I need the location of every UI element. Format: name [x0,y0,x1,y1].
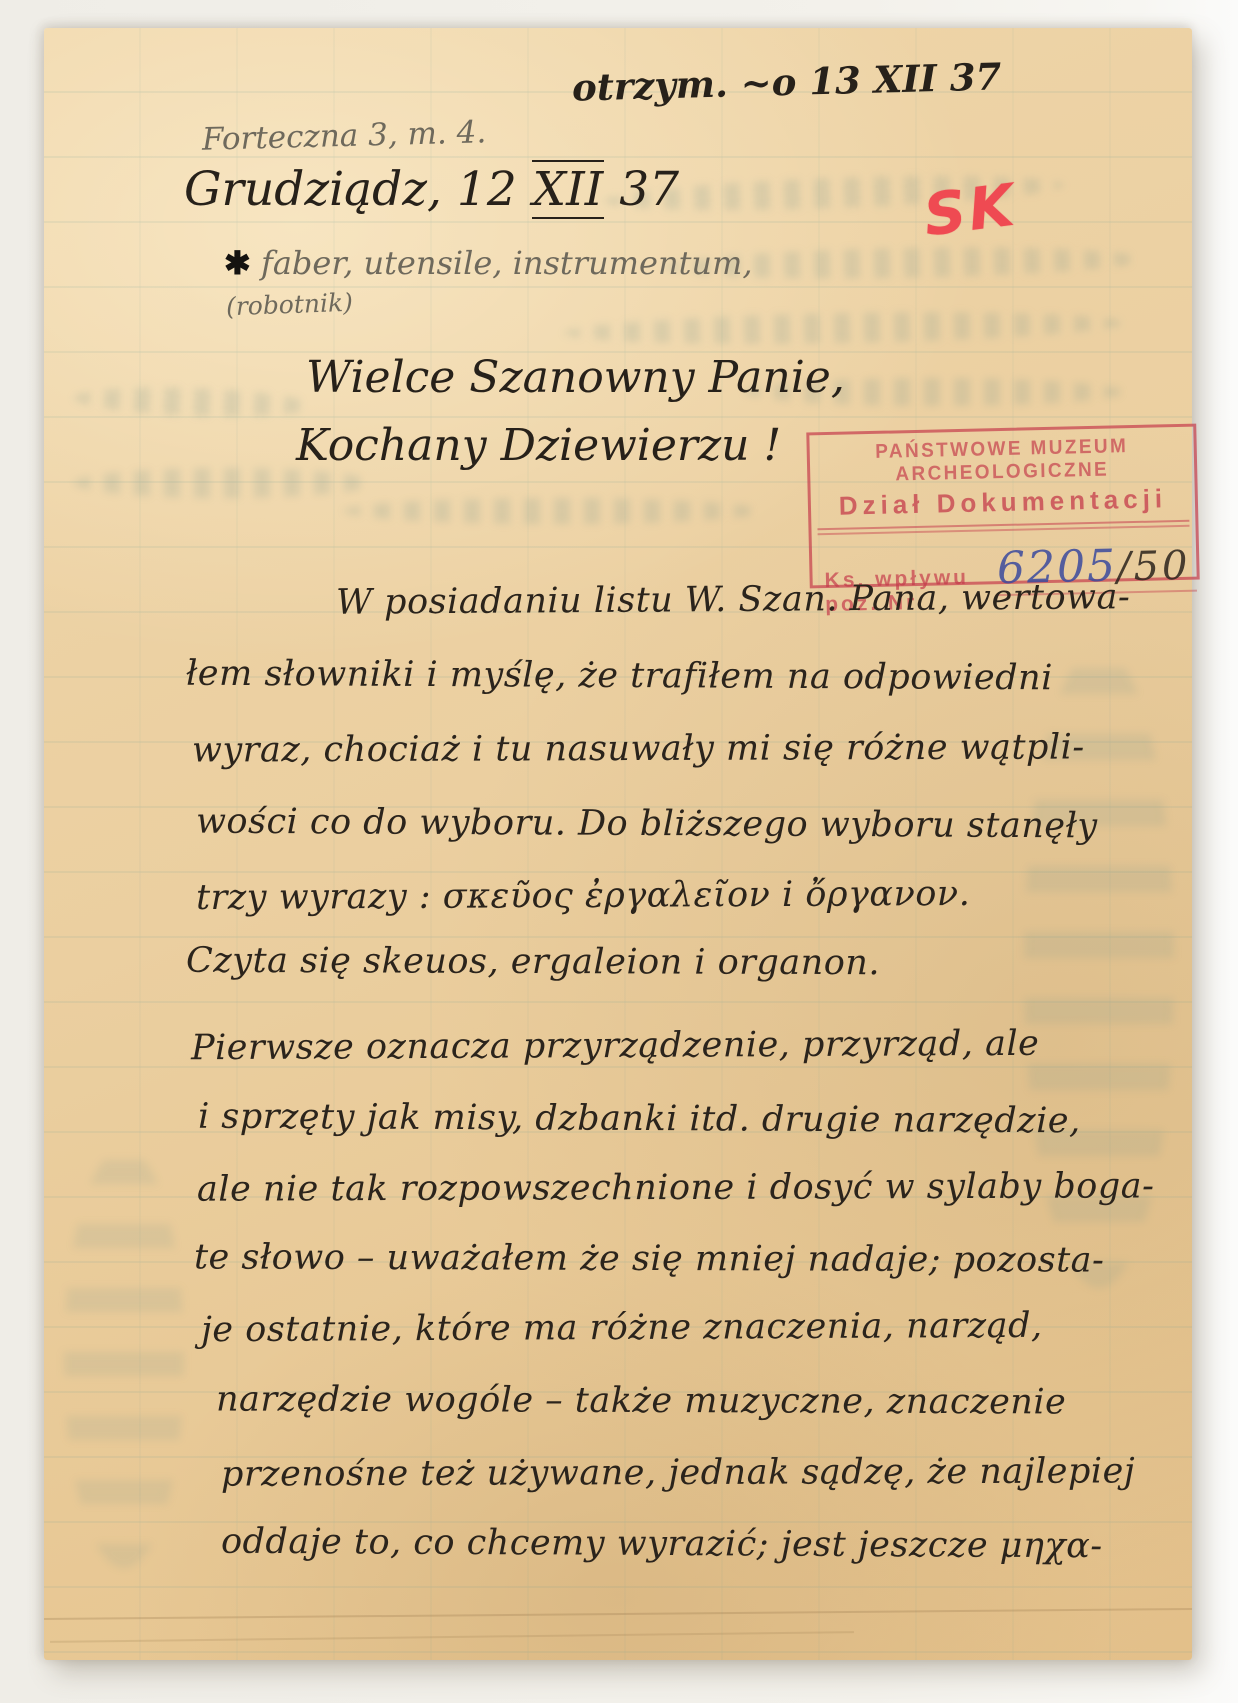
museum-stamp: PAŃSTWOWE MUZEUM ARCHEOLOGICZNE Dział Do… [806,424,1199,589]
received-date-note: otrzym. ~o 13 XII 37 [571,54,1001,109]
salutation-line-2: Kochany Dziewierzu ! [296,420,781,471]
body-line: narzędzie wogóle – także muzyczne, znacz… [216,1380,1066,1423]
body-line: Czyta się skeuos, ergaleion i organon. [186,941,880,983]
body-line: Pierwsze oznacza przyrządzenie, przyrząd… [191,1024,1040,1068]
ink-bleed-smudge [74,384,315,420]
dateline-roman-month: XII [532,160,605,219]
paper-edge-line [50,1631,854,1643]
body-line: ale nie tak rozpowszechnione i dosyć w s… [197,1166,1155,1209]
body-line: wyraz, chociaż i tu nasuwały mi się różn… [192,727,1085,770]
dateline: Grudziądz, 12 XII 37 [184,162,679,217]
ink-bleed-smudge [564,308,1124,348]
body-line: oddaje to, co chcemy wyrazić; jest jeszc… [221,1522,1103,1567]
body-line: przenośne też używane, jednak sądzę, że … [221,1451,1135,1494]
latin-gloss-text: faber, utensile, instrumentum, [251,244,753,282]
ink-bleed-smudge [74,468,374,498]
body-line: i sprzęty jak misy, dzbanki itd. drugie … [198,1097,1081,1142]
body-line: te słowo – uważałem że się mniej nadaje;… [194,1237,1105,1280]
dateline-year: 37 [604,162,679,217]
address-line: Forteczna 3, m. 4. [202,114,487,157]
latin-gloss-note: ✱ faber, utensile, instrumentum, [224,244,753,282]
dateline-place: Grudziądz, 12 [184,162,532,217]
sk-annotation: SK [920,171,1020,250]
ink-bleed-smudge [344,498,764,524]
body-line: je ostatnie, które ma różne znaczenia, n… [201,1306,1043,1350]
body-line: łem słowniki i myślę, że trafiłem na odp… [186,654,1053,699]
salutation-line-1: Wielce Szanowny Panie, [306,352,845,403]
body-line: trzy wyrazy : σκεῦος ἐργαλεῖον i ὄργανον… [196,874,970,918]
paper-fold-line [44,1608,1192,1620]
stamp-institution-line: PAŃSTWOWE MUZEUM ARCHEOLOGICZNE [819,434,1185,488]
asterisk-mark: ✱ [224,244,251,282]
ink-bleed-smudge [64,1148,184,1568]
letter-page: otrzym. ~o 13 XII 37 Forteczna 3, m. 4. … [44,28,1192,1660]
gloss-subnote: (robotnik) [226,288,354,321]
body-line: wości co do wyboru. Do bliższego wyboru … [196,802,1098,847]
stamp-department-line: Dział Dokumentacji [811,483,1196,523]
body-line: W posiadaniu listu W. Szan. Pana, wertow… [336,577,1130,623]
